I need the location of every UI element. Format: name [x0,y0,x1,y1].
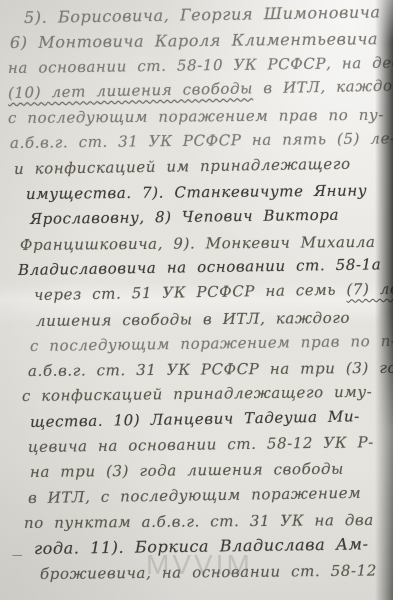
handwriting-segment: Францишковича, 9). Монкевич Михаила [20,233,376,254]
handwriting-segment: с последующим поражением прав по пу- [8,106,384,127]
handwriting-segment: и конфискацией им принадлежащего [14,154,351,177]
underlined-handwriting-segment: (10) лет лишения свободы [8,79,253,102]
handwriting-segment: на основании ст. 58-10 УК РСФСР, на дес- [8,53,393,77]
underlined-handwriting-segment: (7) ле- [346,280,393,299]
handwritten-line: и конфискацией им принадлежащего [14,151,393,182]
handwriting-block: 5). Борисовича, Георгия Шимоновича6) Мон… [0,0,393,587]
handwritten-line: с последующим поражением прав по п- [30,329,393,359]
handwriting-segment: имущества. 7). Станкевичуте Янину [26,182,367,204]
handwriting-segment: 5). Борисовича, Георгия Шимоновича [24,2,381,27]
scanned-document-photo: 5). Борисовича, Георгия Шимоновича6) Мон… [0,0,393,600]
handwriting-segment: в ИТЛ, каждо- [253,76,393,97]
handwriting-segment: Владиславовича на основании ст. 58-1а [18,255,382,279]
handwritten-line: года. 11). Боркиса Владислава Ам- [34,531,393,561]
margin-mark: ‒‒ [12,551,21,561]
handwriting-segment: лишения свободы в ИТЛ, каждого [36,308,350,329]
handwriting-segment: года. 11). Боркиса Владислава Ам- [34,535,369,559]
handwriting-segment: через ст. 51 УК РСФСР на семь [34,281,347,304]
handwriting-segment: 6) Монтовича Кароля Климентьевича [10,29,378,52]
handwriting-segment: по пунктам а.б.в.г. ст. 31 УК на два [24,511,374,532]
handwriting-segment: щества. 10) Ланцевич Тадеуша Ми- [30,407,360,431]
handwriting-segment: а.б.в.г. ст. 31 УК РСФСР на три (3) го- [28,359,393,380]
handwriting-segment: с конфискацией принадлежащего иму- [22,383,373,405]
handwriting-segment: на три (3) года лишения свободы [30,460,344,481]
handwritten-line: брожиевича, на основании ст. 58-12 [40,558,393,587]
handwriting-segment: в ИТЛ, с последующим поражением [28,483,361,506]
handwriting-segment: а.б.в.г. ст. 31 УК РСФСР на пять (5) ле- [10,130,393,153]
handwriting-segment: с последующим поражением прав по п- [30,332,393,355]
handwriting-segment: цевича на основании ст. 58-12 УК Р- [28,433,374,456]
handwritten-line: через ст. 51 УК РСФСР на семь (7) ле- [34,277,393,309]
handwritten-line: Ярославовну, 8) Чепович Виктора [30,202,393,232]
handwritten-line: в ИТЛ, с последующим поражением [28,480,393,511]
handwriting-segment: Ярославовну, 8) Чепович Виктора [30,206,339,228]
handwriting-segment: брожиевича, на основании ст. 58-12 [40,561,377,583]
